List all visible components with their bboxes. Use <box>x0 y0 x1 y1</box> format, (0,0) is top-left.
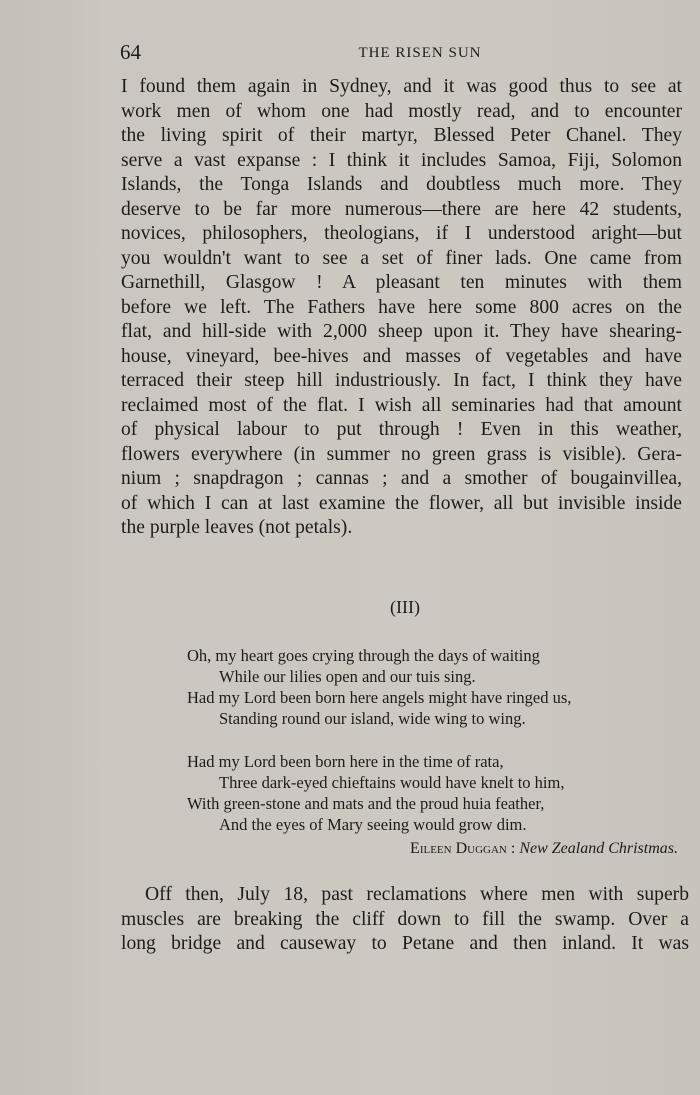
poem-line: Had my Lord been born here in the time o… <box>187 751 571 772</box>
running-head: THE RISEN SUN <box>120 45 680 62</box>
poem-line: Had my Lord been born here angels might … <box>187 687 571 708</box>
page-header: 64 THE RISEN SUN <box>120 40 680 70</box>
poem-line: With green-stone and mats and the proud … <box>187 793 571 814</box>
poem-title: New Zealand Christmas. <box>519 840 678 857</box>
attribution-separator: : <box>507 840 519 857</box>
text-line: before we left. The Fathers have here so… <box>121 296 682 321</box>
poem-line: Three dark-eyed chieftains would have kn… <box>187 772 571 793</box>
text-line: muscles are breaking the cliff down to f… <box>121 908 689 933</box>
text-line: work men of whom one had mostly read, an… <box>121 100 682 125</box>
text-line: the purple leaves (not petals). <box>121 516 682 541</box>
text-line: deserve to be far more numerous—there ar… <box>121 198 682 223</box>
poem-author: Eileen Duggan <box>410 840 507 857</box>
text-line: Islands, the Tonga Islands and doubtless… <box>121 173 682 198</box>
text-line: serve a vast expanse : I think it includ… <box>121 149 682 174</box>
paragraph-2: Off then, July 18, past reclamations whe… <box>121 883 689 957</box>
text-line: long bridge and causeway to Petane and t… <box>121 932 689 957</box>
text-line: novices, philosophers, theologians, if I… <box>121 222 682 247</box>
poem-attribution: Eileen Duggan : New Zealand Christmas. <box>410 840 678 858</box>
poem-quote: Oh, my heart goes crying through the day… <box>187 645 571 835</box>
text-line: house, vineyard, bee-hives and masses of… <box>121 345 682 370</box>
book-page: 64 THE RISEN SUN I found them again in S… <box>0 0 700 1095</box>
text-line: terraced their steep hill industriously.… <box>121 369 682 394</box>
text-line: flat, and hill-side with 2,000 sheep upo… <box>121 320 682 345</box>
poem-line: Standing round our island, wide wing to … <box>187 708 571 729</box>
text-line: the living spirit of their martyr, Bless… <box>121 124 682 149</box>
text-line: nium ; snapdragon ; cannas ; and a smoth… <box>121 467 682 492</box>
text-line: reclaimed most of the flat. I wish all s… <box>121 394 682 419</box>
text-line: you wouldn't want to see a set of finer … <box>121 247 682 272</box>
text-line: I found them again in Sydney, and it was… <box>121 75 682 100</box>
text-line: Off then, July 18, past reclamations whe… <box>121 883 689 908</box>
text-line: Garnethill, Glasgow ! A pleasant ten min… <box>121 271 682 296</box>
section-marker: (III) <box>0 597 700 618</box>
text-line: of which I can at last examine the flowe… <box>121 492 682 517</box>
paragraph-1: I found them again in Sydney, and it was… <box>121 75 682 541</box>
text-line: flowers everywhere (in summer no green g… <box>121 443 682 468</box>
text-line: of physical labour to put through ! Even… <box>121 418 682 443</box>
poem-line: Oh, my heart goes crying through the day… <box>187 645 571 666</box>
poem-line: And the eyes of Mary seeing would grow d… <box>187 814 571 835</box>
poem-line: While our lilies open and our tuis sing. <box>187 666 571 687</box>
